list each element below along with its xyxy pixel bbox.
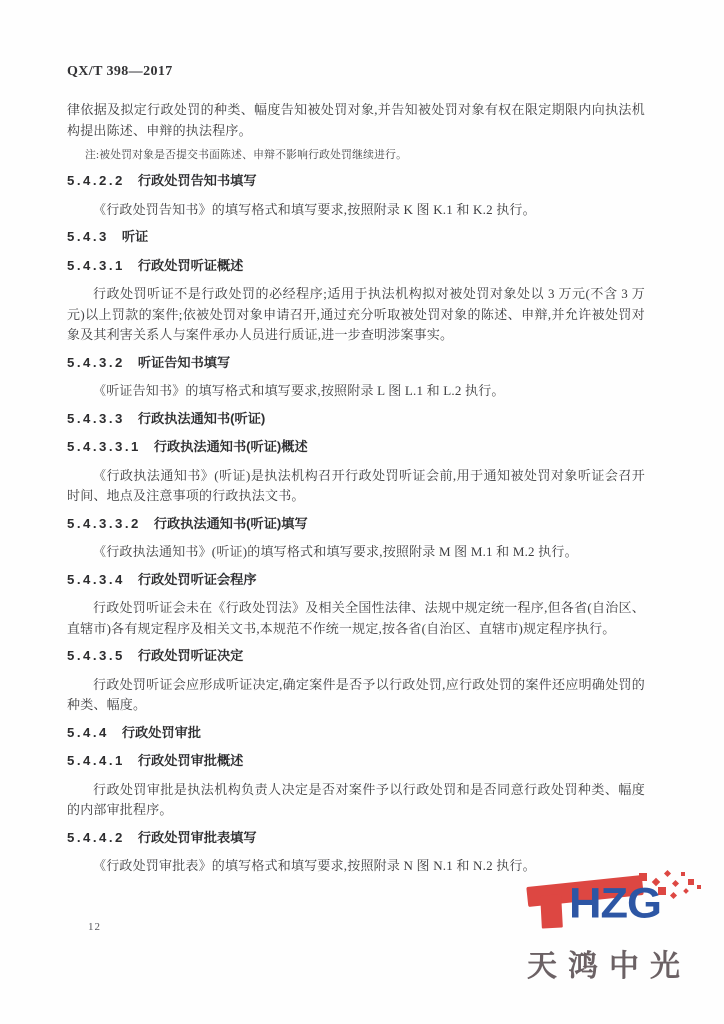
heading-5-4-3-3-1: 5.4.3.3.1行政执法通知书(听证)概述: [67, 437, 645, 457]
pixel-dot: [688, 879, 694, 885]
section-title: 行政执法通知书(听证): [138, 411, 265, 426]
heading-5-4-4-1: 5.4.4.1行政处罚审批概述: [67, 751, 645, 771]
section-title: 行政执法通知书(听证)概述: [154, 439, 308, 454]
section-title: 行政处罚审批: [122, 725, 201, 740]
paragraph: 行政处罚听证不是行政处罚的必经程序;适用于执法机构拟对被处罚对象处以 3 万元(…: [67, 284, 645, 346]
paragraph: 《行政执法通知书》(听证)是执法机构召开行政处罚听证会前,用于通知被处罚对象听证…: [67, 466, 645, 507]
paragraph-continuation: 律依据及拟定行政处罚的种类、幅度告知被处罚对象,并告知被处罚对象有权在限定期限内…: [67, 100, 645, 141]
section-title: 听证: [122, 229, 148, 244]
note-line: 注:被处罚对象是否提交书面陈述、申辩不影响行政处罚继续进行。: [85, 146, 645, 164]
heading-5-4-3-2: 5.4.3.2听证告知书填写: [67, 353, 645, 373]
document-page: QX/T 398—2017 律依据及拟定行政处罚的种类、幅度告知被处罚对象,并告…: [0, 0, 724, 1024]
standard-number-header: QX/T 398—2017: [67, 64, 173, 80]
section-number: 5.4.3.3: [67, 411, 125, 426]
section-title: 行政处罚听证概述: [138, 258, 244, 273]
heading-5-4-3-1: 5.4.3.1行政处罚听证概述: [67, 256, 645, 276]
company-name: 天鸿中光: [527, 941, 721, 985]
section-number: 5.4.4.2: [67, 830, 125, 845]
section-number: 5.4.3.3.1: [67, 439, 141, 454]
section-title: 行政执法通知书(听证)填写: [154, 516, 308, 531]
logo-letter-t-stem: [540, 894, 563, 928]
paragraph: 《行政处罚告知书》的填写格式和填写要求,按照附录 K 图 K.1 和 K.2 执…: [67, 200, 645, 221]
section-number: 5.4.3.3.2: [67, 516, 141, 531]
heading-5-4-3-4: 5.4.3.4行政处罚听证会程序: [67, 570, 645, 590]
section-title: 行政处罚告知书填写: [138, 173, 257, 188]
section-number: 5.4.4: [67, 725, 109, 740]
pixel-dot: [670, 892, 677, 899]
heading-5-4-4-2: 5.4.4.2行政处罚审批表填写: [67, 828, 645, 848]
section-number: 5.4.4.1: [67, 753, 125, 768]
paragraph: 行政处罚听证会应形成听证决定,确定案件是否予以行政处罚,应行政处罚的案件还应明确…: [67, 675, 645, 716]
pixel-dot: [681, 872, 685, 876]
heading-5-4-3: 5.4.3听证: [67, 227, 645, 247]
paragraph: 行政处罚听证会未在《行政处罚法》及相关全国性法律、法规中规定统一程序,但各省(自…: [67, 598, 645, 639]
company-logo-watermark: HZG 天鸿中光: [527, 871, 721, 979]
paragraph: 行政处罚审批是执法机构负责人决定是否对案件予以行政处罚和是否同意行政处罚种类、幅…: [67, 780, 645, 821]
paragraph: 《听证告知书》的填写格式和填写要求,按照附录 L 图 L.1 和 L.2 执行。: [67, 381, 645, 402]
heading-5-4-3-3-2: 5.4.3.3.2行政执法通知书(听证)填写: [67, 514, 645, 534]
pixel-dot: [697, 885, 701, 889]
section-number: 5.4.2.2: [67, 173, 125, 188]
heading-5-4-3-3: 5.4.3.3行政执法通知书(听证): [67, 409, 645, 429]
section-title: 听证告知书填写: [138, 355, 230, 370]
heading-5-4-2-2: 5.4.2.2行政处罚告知书填写: [67, 171, 645, 191]
pixel-dot: [683, 888, 689, 894]
heading-5-4-4: 5.4.4行政处罚审批: [67, 723, 645, 743]
heading-5-4-3-5: 5.4.3.5行政处罚听证决定: [67, 646, 645, 666]
section-number: 5.4.3: [67, 229, 109, 244]
logo-letters-hzg: HZG: [569, 880, 661, 926]
section-title: 行政处罚听证会程序: [138, 572, 257, 587]
document-body: 律依据及拟定行政处罚的种类、幅度告知被处罚对象,并告知被处罚对象有权在限定期限内…: [67, 100, 645, 877]
section-number: 5.4.3.4: [67, 572, 125, 587]
pixel-dot: [664, 870, 671, 877]
paragraph: 《行政执法通知书》(听证)的填写格式和填写要求,按照附录 M 图 M.1 和 M…: [67, 542, 645, 563]
section-title: 行政处罚审批概述: [138, 753, 244, 768]
section-number: 5.4.3.5: [67, 648, 125, 663]
pixel-dot: [672, 880, 679, 887]
section-title: 行政处罚听证决定: [138, 648, 244, 663]
section-number: 5.4.3.1: [67, 258, 125, 273]
page-number: 12: [88, 921, 101, 933]
section-title: 行政处罚审批表填写: [138, 830, 257, 845]
logo-monogram: HZG: [527, 871, 721, 935]
section-number: 5.4.3.2: [67, 355, 125, 370]
